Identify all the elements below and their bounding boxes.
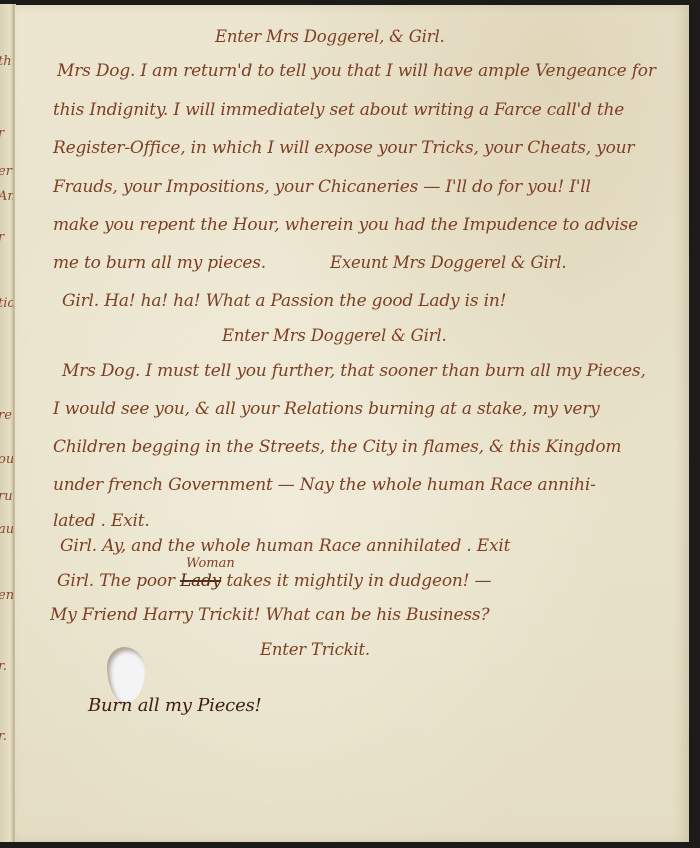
speech-line: this Indignity. I will immediately set a… bbox=[53, 100, 624, 120]
line-suffix: takes it mightily in dudgeon! — bbox=[221, 571, 491, 591]
scan-bottom-edge bbox=[0, 842, 700, 848]
speech-line: under french Government — Nay the whole … bbox=[53, 475, 596, 495]
facing-fragment: r. bbox=[0, 659, 7, 674]
facing-fragment: r bbox=[0, 126, 4, 141]
speech-line: Register-Office, in which I will expose … bbox=[53, 138, 634, 158]
scan-right-edge bbox=[689, 0, 700, 848]
manuscript-page bbox=[15, 5, 692, 842]
inserted-correction: Woman bbox=[186, 556, 235, 571]
facing-fragment: ou bbox=[0, 452, 14, 467]
facing-page-edge: th r er An r tion re ou ru au en r. r. bbox=[0, 4, 14, 842]
struck-word: Lady bbox=[180, 571, 221, 591]
speech-line: Mrs Dog. I am return'd to tell you that … bbox=[57, 61, 656, 81]
marginal-annotation: Burn all my Pieces! bbox=[88, 695, 262, 716]
speech-line: I would see you, & all your Relations bu… bbox=[53, 399, 600, 419]
facing-fragment: th bbox=[0, 54, 12, 69]
stage-direction-enter: Enter Trickit. bbox=[260, 640, 370, 659]
speech-line: make you repent the Hour, wherein you ha… bbox=[53, 215, 638, 235]
facing-fragment: au bbox=[0, 522, 14, 537]
facing-fragment: r bbox=[0, 230, 4, 245]
facing-fragment: en bbox=[0, 588, 14, 603]
facing-fragment: r. bbox=[0, 729, 7, 744]
speech-line: Girl. Ay, and the whole human Race annih… bbox=[60, 536, 510, 556]
facing-fragment: re bbox=[0, 408, 12, 423]
speech-line: Children begging in the Streets, the Cit… bbox=[53, 437, 621, 457]
speech-line: me to burn all my pieces. bbox=[53, 253, 266, 273]
speech-line: My Friend Harry Trickit! What can be his… bbox=[50, 605, 489, 625]
speech-line: lated . Exit. bbox=[53, 511, 150, 531]
line-prefix: Girl. The poor bbox=[57, 571, 180, 591]
facing-fragment: tion bbox=[0, 296, 14, 311]
stage-direction-enter: Enter Mrs Doggerel, & Girl. bbox=[215, 27, 445, 46]
facing-fragment: er bbox=[0, 164, 12, 179]
speech-line: Girl. Ha! ha! ha! What a Passion the goo… bbox=[62, 291, 506, 311]
facing-fragment: An bbox=[0, 189, 14, 204]
speech-line-corrected: Girl. The poor Lady takes it mightily in… bbox=[57, 571, 491, 591]
speech-line: Mrs Dog. I must tell you further, that s… bbox=[62, 361, 646, 381]
facing-fragment: ru bbox=[0, 489, 13, 504]
stage-direction-enter: Enter Mrs Doggerel & Girl. bbox=[222, 326, 447, 345]
stage-direction-exeunt: Exeunt Mrs Doggerel & Girl. bbox=[330, 253, 566, 272]
speech-line: Frauds, your Impositions, your Chicaneri… bbox=[53, 177, 591, 197]
